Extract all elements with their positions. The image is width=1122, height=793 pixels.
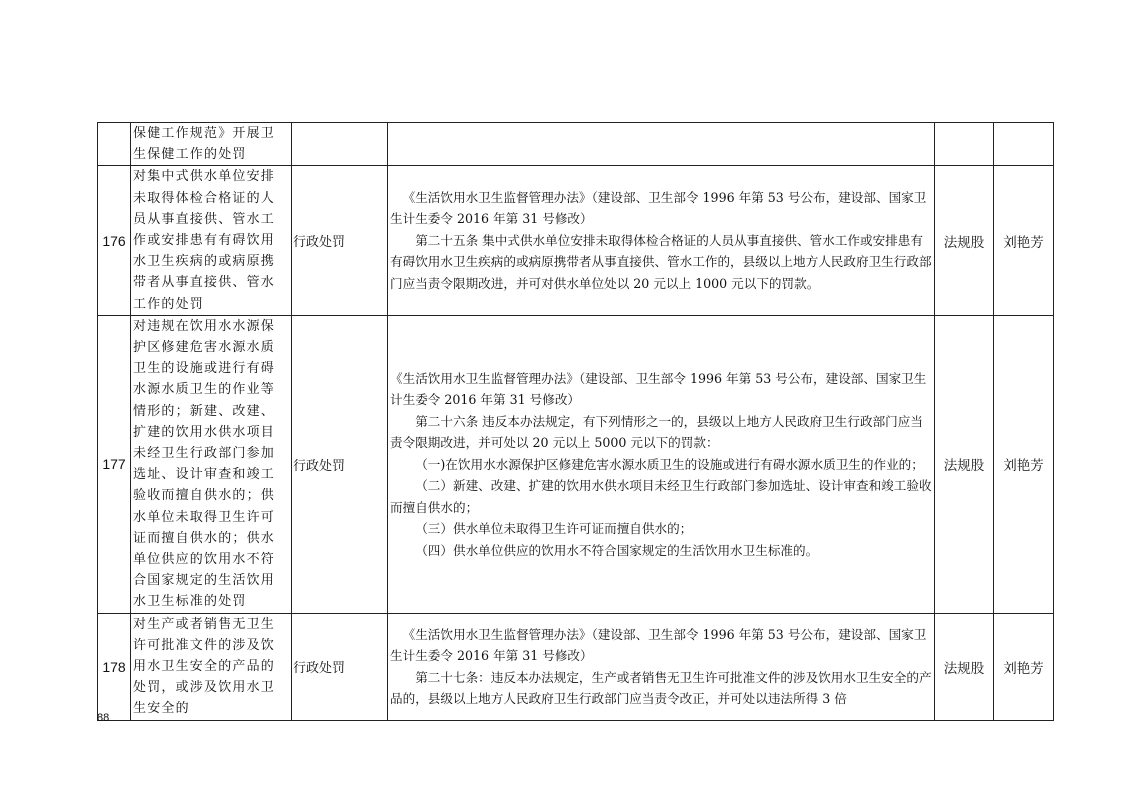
basis-paragraph: 《生活饮用水卫生监督管理办法》（建设部、卫生部令 1996 年第 53 号公布，… [390, 187, 932, 230]
basis-paragraph: 《生活饮用水卫生监督管理办法》（建设部、卫生部令 1996 年第 53 号公布，… [390, 368, 932, 411]
responsible-person: 刘艳芳 [994, 166, 1054, 315]
item-name: 对集中式供水单位安排未取得体检合格证的人员从事直接供、管水工作或安排患有有碍饮用… [131, 166, 292, 315]
legal-basis: 《生活饮用水卫生监督管理办法》（建设部、卫生部令 1996 年第 53 号公布，… [388, 315, 935, 613]
item-name: 对生产或者销售无卫生许可批准文件的涉及饮用水卫生安全的产品的处罚，或涉及饮用水卫… [131, 613, 292, 720]
basis-paragraph: （二）新建、改建、扩建的饮用水供水项目未经卫生行政部门参加选址、设计审查和竣工验… [390, 475, 932, 518]
basis-paragraph: 第二十五条 集中式供水单位安排未取得体检合格证的人员从事直接供、管水工作或安排患… [390, 230, 932, 295]
legal-basis: 《生活饮用水卫生监督管理办法》（建设部、卫生部令 1996 年第 53 号公布，… [388, 613, 935, 720]
basis-paragraph: （四）供水单位供应的饮用水不符合国家规定的生活饮用水卫生标准的。 [390, 540, 932, 562]
legal-basis [388, 123, 935, 166]
basis-paragraph: （一)在饮用水水源保护区修建危害水源水质卫生的设施或进行有碍水源水质卫生的作业的… [390, 454, 932, 476]
department [935, 123, 994, 166]
row-number: 178 [98, 613, 131, 720]
department: 法规股 [935, 315, 994, 613]
basis-paragraph: 第二十六条 违反本办法规定，有下列情形之一的，县级以上地方人民政府卫生行政部门应… [390, 411, 932, 454]
action-type: 行政处罚 [292, 315, 388, 613]
item-name: 对违规在饮用水水源保护区修建危害水源水质卫生的设施或进行有碍水源水质卫生的作业等… [131, 315, 292, 613]
action-type: 行政处罚 [292, 166, 388, 315]
basis-paragraph: 第二十七条：违反本办法规定，生产或者销售无卫生许可批准文件的涉及饮用水卫生安全的… [390, 667, 932, 710]
table-row: 178 对生产或者销售无卫生许可批准文件的涉及饮用水卫生安全的产品的处罚，或涉及… [98, 613, 1054, 720]
basis-paragraph: （三）供水单位未取得卫生许可证而擅自供水的； [390, 518, 932, 540]
row-number: 177 [98, 315, 131, 613]
table-row-continued: 保健工作规范》开展卫生保健工作的处罚 [98, 123, 1054, 166]
responsible-person [994, 123, 1054, 166]
page-number: 88 [97, 712, 109, 724]
action-type: 行政处罚 [292, 613, 388, 720]
row-number [98, 123, 131, 166]
row-number: 176 [98, 166, 131, 315]
action-type [292, 123, 388, 166]
basis-paragraph: 《生活饮用水卫生监督管理办法》（建设部、卫生部令 1996 年第 53 号公布，… [390, 624, 932, 667]
department: 法规股 [935, 166, 994, 315]
department: 法规股 [935, 613, 994, 720]
table-row: 177 对违规在饮用水水源保护区修建危害水源水质卫生的设施或进行有碍水源水质卫生… [98, 315, 1054, 613]
legal-basis: 《生活饮用水卫生监督管理办法》（建设部、卫生部令 1996 年第 53 号公布，… [388, 166, 935, 315]
responsible-person: 刘艳芳 [994, 613, 1054, 720]
table-row: 176 对集中式供水单位安排未取得体检合格证的人员从事直接供、管水工作或安排患有… [98, 166, 1054, 315]
responsible-person: 刘艳芳 [994, 315, 1054, 613]
regulation-table: 保健工作规范》开展卫生保健工作的处罚 176 对集中式供水单位安排未取得体检合格… [97, 122, 1054, 721]
item-name: 保健工作规范》开展卫生保健工作的处罚 [131, 123, 292, 166]
